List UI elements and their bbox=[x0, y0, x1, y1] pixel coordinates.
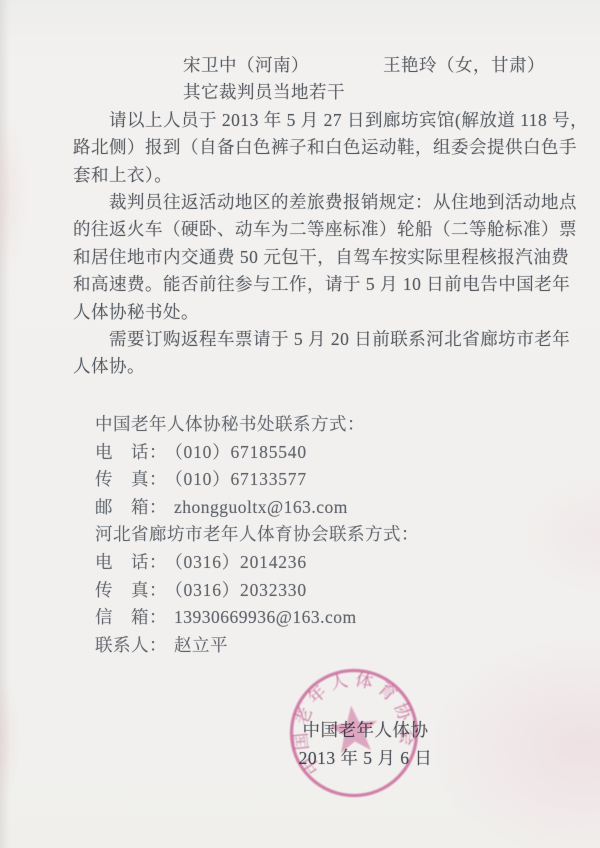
contact-row-fax: 传 真：（010）67133577 bbox=[95, 466, 419, 494]
judge-name-left: 宋卫中（河南） bbox=[183, 52, 383, 79]
contact-label: 信 箱： bbox=[95, 607, 167, 627]
contact-label: 邮 箱： bbox=[95, 497, 167, 517]
body-line: 和高速费。能否前往参与工作，请于 5 月 10 日前电告中国老年 bbox=[73, 271, 535, 298]
scanned-document-page: 宋卫中（河南）王艳玲（女，甘肃） 其它裁判员当地若干 请以上人员于 2013 年… bbox=[0, 0, 600, 848]
contact-label: 传 真： bbox=[95, 580, 167, 600]
contact-row-phone: 电 话：（0316）2014236 bbox=[95, 549, 419, 577]
contact-section-header: 河北省廊坊市老年人体育协会联系方式： bbox=[95, 521, 419, 549]
contact-info-block: 中国老年人体协秘书处联系方式： 电 话：（010）67185540 传 真：（0… bbox=[95, 411, 419, 659]
body-line: 的往返火车（硬卧、动车为二等座标准）轮船（二等舱标准）票 bbox=[73, 216, 535, 243]
judge-name-right: 王艳玲（女，甘肃） bbox=[383, 55, 545, 75]
body-line: 人体协秘书处。 bbox=[73, 299, 535, 326]
contact-label: 电 话： bbox=[95, 552, 167, 572]
body-line: 请以上人员于 2013 年 5 月 27 日到廊坊宾馆(解放道 118 号， bbox=[73, 107, 535, 134]
contact-section-header: 中国老年人体协秘书处联系方式： bbox=[95, 411, 419, 439]
contact-row-phone: 电 话：（010）67185540 bbox=[95, 439, 419, 467]
body-line: 套和上衣）。 bbox=[73, 162, 535, 189]
contact-value-phone: （010）67185540 bbox=[174, 442, 307, 462]
contact-row-person: 联系人：赵立平 bbox=[95, 632, 419, 660]
body-line: 裁判员往返活动地区的差旅费报销规定：从住地到活动地点 bbox=[73, 189, 535, 216]
document-body: 宋卫中（河南）王艳玲（女，甘肃） 其它裁判员当地若干 请以上人员于 2013 年… bbox=[73, 52, 535, 381]
body-line: 需要订购返程车票请于 5 月 20 日前联系河北省廊坊市老年 bbox=[73, 326, 535, 353]
contact-row-fax: 传 真：（0316）2032330 bbox=[95, 577, 419, 605]
contact-value-fax: （010）67133577 bbox=[174, 469, 307, 489]
other-judges-line: 其它裁判员当地若干 bbox=[73, 79, 535, 106]
body-line: 人体协。 bbox=[73, 353, 535, 380]
contact-label: 联系人： bbox=[95, 635, 167, 655]
body-line: 和居住地市内交通费 50 元包干，自驾车按实际里程核报汽油费 bbox=[73, 244, 535, 271]
contact-value-fax: （0316）2032330 bbox=[174, 580, 307, 600]
contact-value-email: 13930669936@163.com bbox=[174, 607, 357, 627]
contact-row-email: 信 箱：13930669936@163.com bbox=[95, 604, 419, 632]
contact-row-email: 邮 箱：zhongguoltx@163.com bbox=[95, 494, 419, 522]
body-line: 路北侧）报到（自备白色裤子和白色运动鞋，组委会提供白色手 bbox=[73, 134, 535, 161]
contact-label: 传 真： bbox=[95, 469, 167, 489]
contact-label: 电 话： bbox=[95, 442, 167, 462]
judges-names-line: 宋卫中（河南）王艳玲（女，甘肃） bbox=[73, 52, 535, 79]
contact-value-email: zhongguoltx@163.com bbox=[174, 497, 348, 517]
contact-value-person: 赵立平 bbox=[174, 635, 228, 655]
official-seal: 中国老年人体育协会 bbox=[276, 655, 432, 811]
star-icon bbox=[327, 703, 380, 754]
contact-value-phone: （0316）2014236 bbox=[174, 552, 307, 572]
